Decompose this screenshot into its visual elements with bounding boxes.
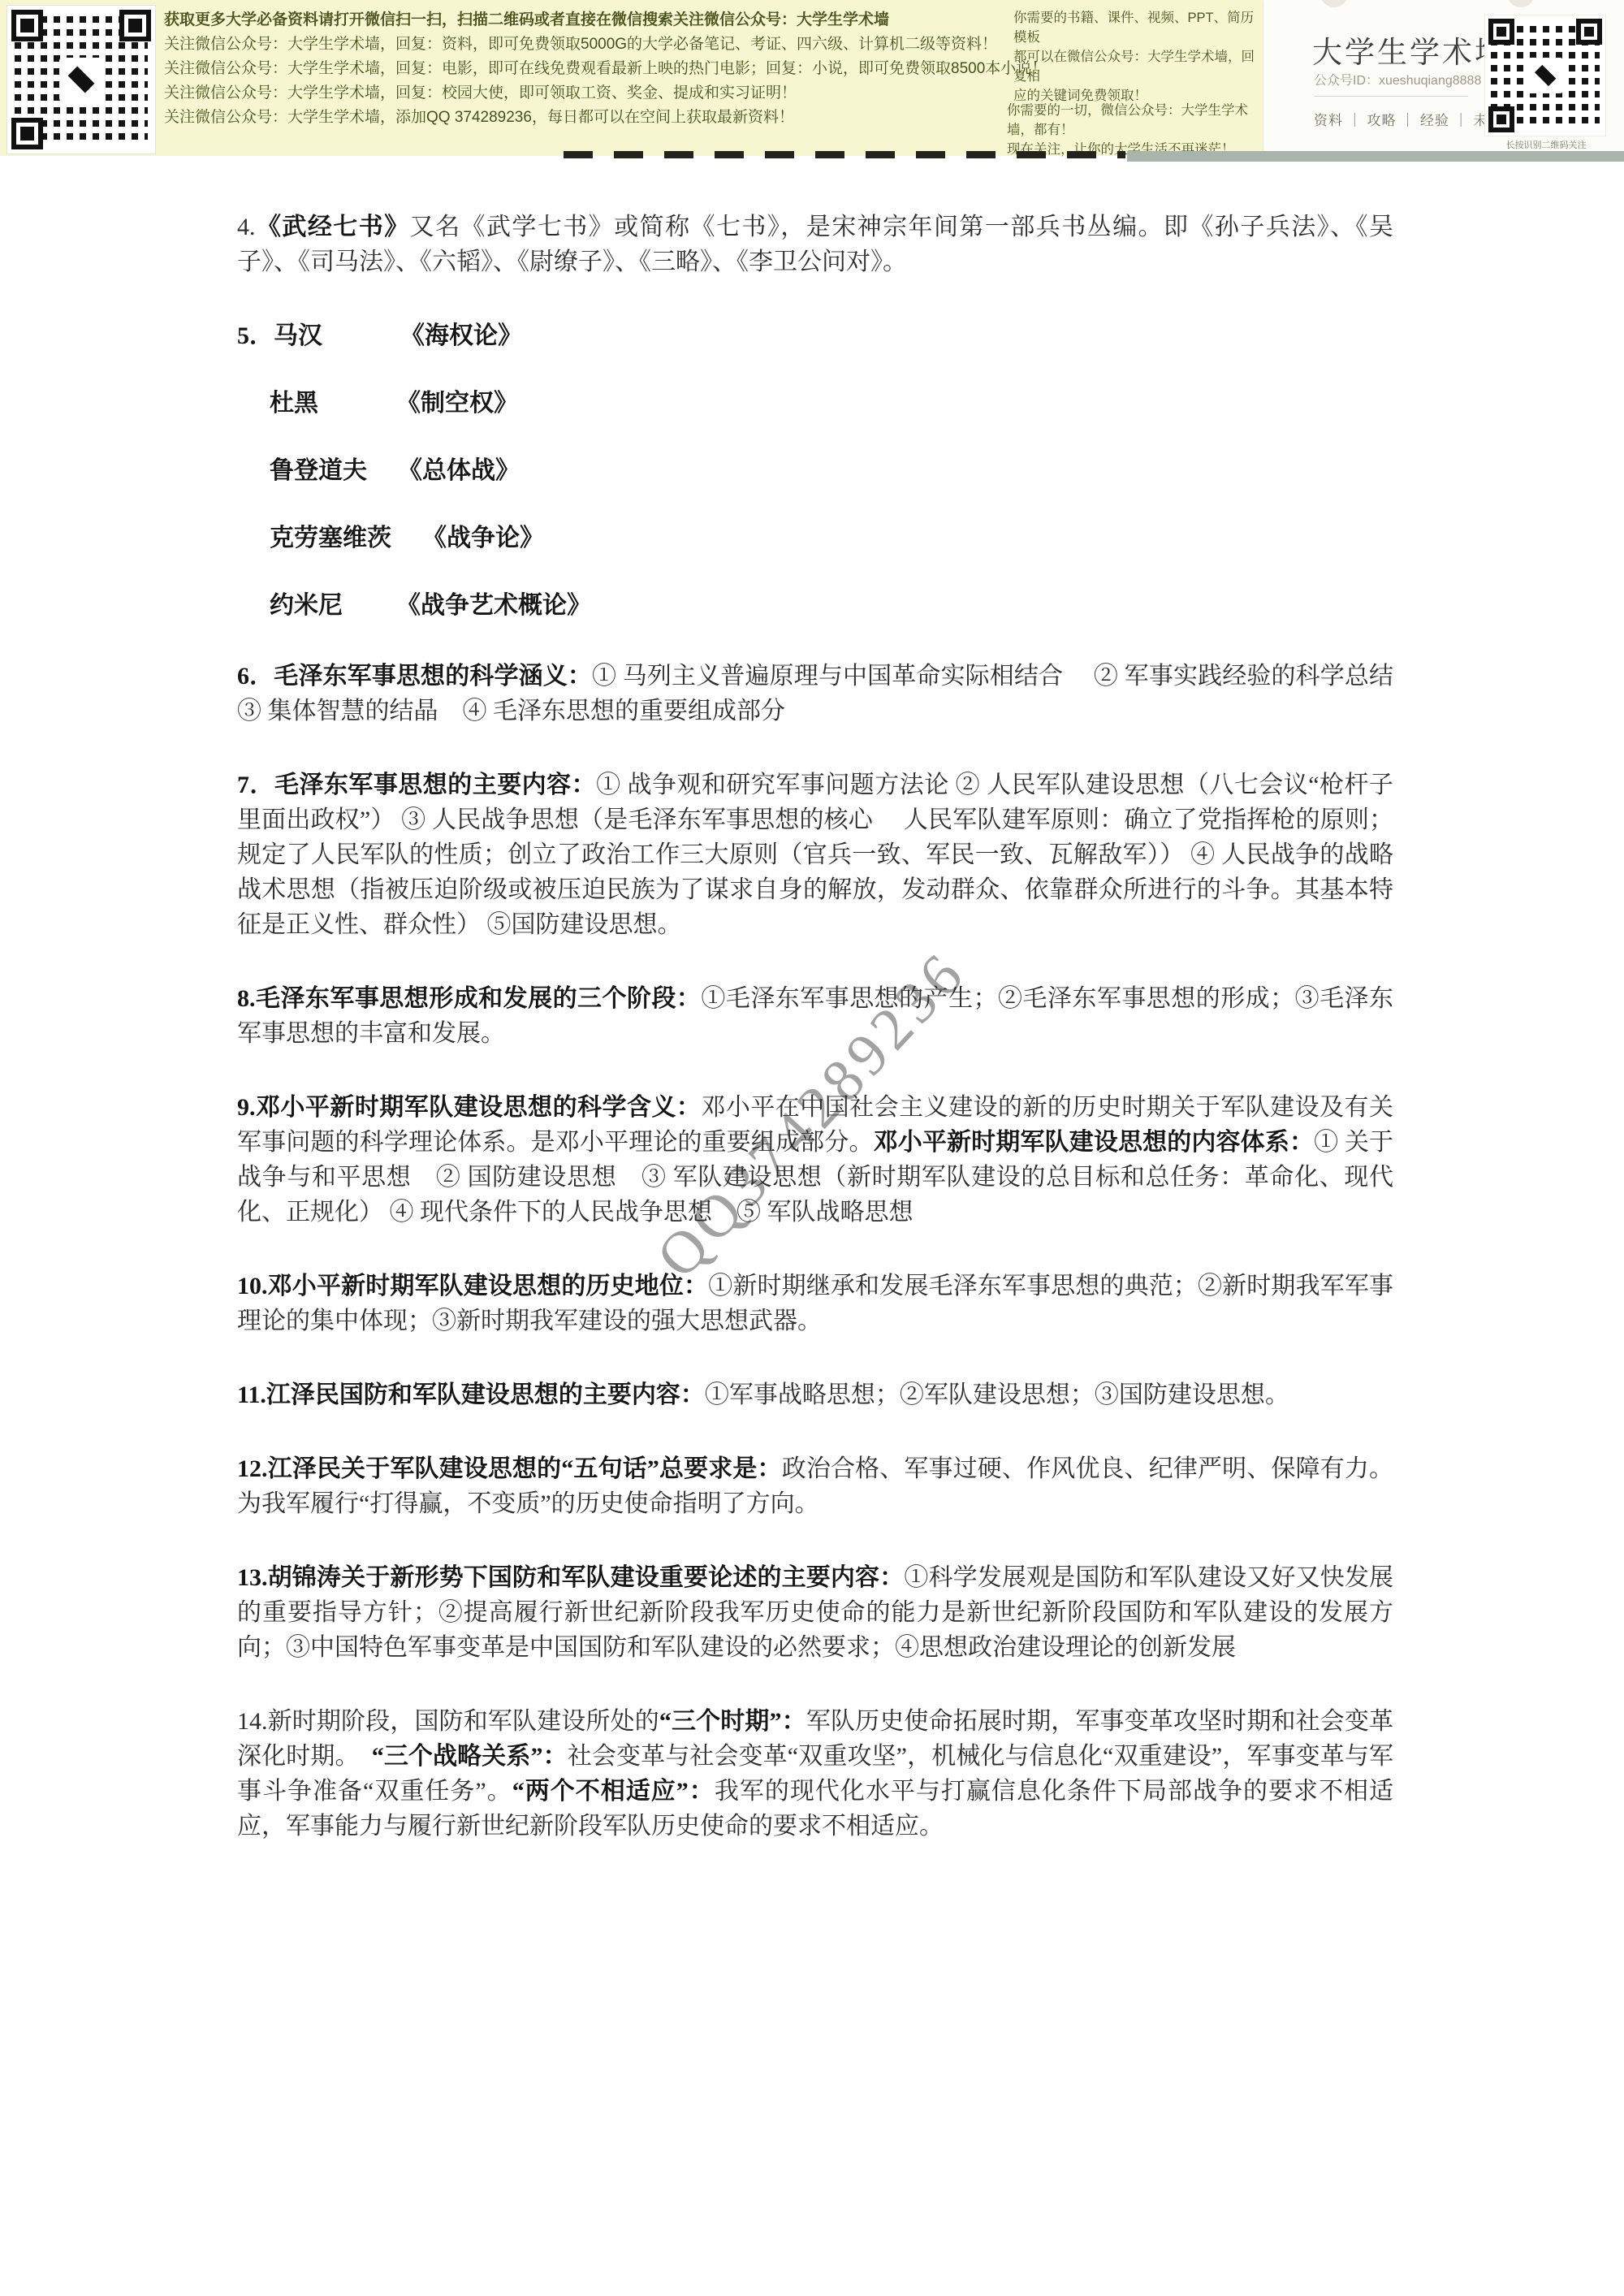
qr-caption: 长按识别二维码关注 xyxy=(1473,138,1619,151)
paragraph: 13.胡锦涛关于新形势下国防和军队建设重要论述的主要内容：①科学发展观是国防和军… xyxy=(237,1560,1393,1665)
book-list: 5．马汉《海权论》杜黑《制空权》鲁登道夫《总体战》克劳塞维茨《战争论》约米尼《战… xyxy=(237,318,1393,623)
banner-line: 关注微信公众号：大学生学术墙，回复：电影，即可在线免费观看最新上映的热门电影；回… xyxy=(164,57,1009,81)
qr-code-right xyxy=(1484,15,1606,136)
author-name: 克劳塞维茨 xyxy=(270,521,391,556)
author-name xyxy=(237,521,270,556)
qr-finder-icon xyxy=(119,10,150,41)
book-title: 《总体战》 xyxy=(398,453,520,488)
paragraph-heading: 12.江泽民关于军队建设思想的“五句话”总要求是： xyxy=(237,1455,782,1482)
book-row: 5．马汉《海权论》 xyxy=(237,318,1393,353)
card-notch xyxy=(1507,0,1535,7)
paragraph-text: 4. xyxy=(237,214,256,240)
book-row: 约米尼《战争艺术概论》 xyxy=(237,588,1393,623)
author-name: 约米尼 xyxy=(270,588,365,623)
paragraph-text: 又名《武学七书》或简称《七书》，是宋神宗年间第一部兵书丛编。即《孙子兵法》、《吴… xyxy=(237,214,1393,275)
page: 获取更多大学必备资料请打开微信扫一扫，扫描二维码或者直接在微信搜索关注微信公众号… xyxy=(0,0,1624,2296)
account-id: 公众号ID：xueshuqiang8888 xyxy=(1314,70,1481,89)
card-notch xyxy=(1320,0,1348,7)
author-name: 马汉 xyxy=(274,318,369,353)
banner-line: 都可以在微信公众号：大学生学术墙，回复相 xyxy=(1013,47,1262,86)
account-card: 大学生学术墙 公众号ID：xueshuqiang8888 资料 ｜ 攻略 ｜ 经… xyxy=(1263,0,1624,151)
banner-line: 关注微信公众号：大学生学术墙，回复：资料，即可免费领取5000G的大学必备笔记、… xyxy=(164,32,1009,57)
paragraph: 6．毛泽东军事思想的科学涵义：① 马列主义普遍原理与中国革命实际相结合 ② 军事… xyxy=(237,659,1393,729)
book-title: 《战争论》 xyxy=(422,521,544,556)
card-shadow-strip xyxy=(1127,151,1624,162)
qr-finder-icon xyxy=(1488,19,1514,44)
paragraph-heading: 13.胡锦涛关于新形势下国防和军队建设重要论述的主要内容： xyxy=(237,1564,904,1591)
paragraph-text: ①军事战略思想；②军队建设思想；③国防建设思想。 xyxy=(705,1381,1289,1408)
banner-right-block1: 你需要的书籍、课件、视频、PPT、简历模板都可以在微信公众号：大学生学术墙，回复… xyxy=(1013,8,1262,106)
paragraph: 8.毛泽东军事思想形成和发展的三个阶段：①毛泽东军事思想的产生；②毛泽东军事思想… xyxy=(237,981,1393,1051)
paragraph: 7．毛泽东军事思想的主要内容：① 战争观和研究军事问题方法论 ② 人民军队建设思… xyxy=(237,767,1393,942)
book-title: 《战争艺术概论》 xyxy=(396,588,591,623)
paragraph-heading: 6．毛泽东军事思想的科学涵义： xyxy=(237,663,592,690)
author-name xyxy=(237,588,270,623)
book-title: 《海权论》 xyxy=(400,318,522,353)
qr-finder-icon xyxy=(11,10,42,41)
promo-banner: 获取更多大学必备资料请打开微信扫一扫，扫描二维码或者直接在微信搜索关注微信公众号… xyxy=(0,0,1624,174)
qr-finder-icon xyxy=(1488,106,1514,132)
paragraph-heading: “三个战略关系”： xyxy=(372,1743,568,1770)
graduation-cap-icon xyxy=(59,58,104,102)
qr-code-left xyxy=(6,5,156,154)
book-row: 鲁登道夫《总体战》 xyxy=(237,453,1393,488)
paragraph-heading: 8.毛泽东军事思想形成和发展的三个阶段： xyxy=(237,985,701,1012)
paragraph-heading: 邓小平新时期军队建设思想的内容体系： xyxy=(874,1129,1315,1156)
qr-finder-icon xyxy=(1576,19,1601,44)
paragraph-heading: 11.江泽民国防和军队建设思想的主要内容： xyxy=(237,1381,705,1408)
paragraph: 11.江泽民国防和军队建设思想的主要内容：①军事战略思想；②军队建设思想；③国防… xyxy=(237,1377,1393,1412)
banner-line: 你需要的书籍、课件、视频、PPT、简历模板 xyxy=(1013,8,1262,47)
book-title: 《制空权》 xyxy=(396,386,518,421)
banner-line: 关注微信公众号：大学生学术墙，回复：校园大使，即可领取工资、奖金、提成和实习证明… xyxy=(164,81,1009,106)
banner-lines: 获取更多大学必备资料请打开微信扫一扫，扫描二维码或者直接在微信搜索关注微信公众号… xyxy=(164,8,1009,130)
banner-line: 关注微信公众号：大学生学术墙，添加QQ 374289236，每日都可以在空间上获… xyxy=(164,106,1009,130)
author-name xyxy=(237,386,270,421)
account-tagline: 资料 ｜ 攻略 ｜ 经验 ｜ 未来 xyxy=(1314,109,1502,129)
author-name: 5． xyxy=(237,318,274,353)
paragraph-text: 14.新时期阶段，国防和军队建设所处的 xyxy=(237,1708,659,1735)
account-title: 大学生学术墙 xyxy=(1312,28,1491,71)
card-divider xyxy=(1314,96,1468,97)
paragraph-heading: 10.邓小平新时期军队建设思想的历史地位： xyxy=(237,1273,708,1299)
banner-line: 获取更多大学必备资料请打开微信扫一扫，扫描二维码或者直接在微信搜索关注微信公众号… xyxy=(164,8,1009,32)
author-name: 鲁登道夫 xyxy=(270,453,367,488)
author-name: 杜黑 xyxy=(270,386,365,421)
paragraph-heading: 《武经七书》 xyxy=(256,214,410,240)
paragraph-heading: “两个不相适应”： xyxy=(512,1778,715,1805)
paragraph: 12.江泽民关于军队建设思想的“五句话”总要求是：政治合格、军事过硬、作风优良、… xyxy=(237,1451,1393,1521)
book-row: 克劳塞维茨《战争论》 xyxy=(237,521,1393,556)
cropped-text-strip xyxy=(564,151,1125,158)
qr-finder-icon xyxy=(11,118,42,149)
paragraph-heading: 7．毛泽东军事思想的主要内容： xyxy=(237,772,596,798)
banner-line: 你需要的一切，微信公众号：大学生学术墙，都有！ xyxy=(1007,101,1263,140)
document-body: 4.《武经七书》又名《武学七书》或简称《七书》，是宋神宗年间第一部兵书丛编。即《… xyxy=(237,210,1393,1883)
paragraph: 14.新时期阶段，国防和军队建设所处的“三个时期”：军队历史使命拓展时期，军事变… xyxy=(237,1704,1393,1844)
author-name xyxy=(237,453,270,488)
paragraph: 9.邓小平新时期军队建设思想的科学含义：邓小平在中国社会主义建设的新的历史时期关… xyxy=(237,1090,1393,1230)
paragraph-heading: 9.邓小平新时期军队建设思想的科学含义： xyxy=(237,1094,701,1121)
paragraph-heading: “三个时期”： xyxy=(659,1708,806,1735)
book-row: 杜黑《制空权》 xyxy=(237,386,1393,421)
graduation-cap-icon xyxy=(1527,58,1563,93)
paragraph: 10.邓小平新时期军队建设思想的历史地位：①新时期继承和发展毛泽东军事思想的典范… xyxy=(237,1269,1393,1338)
paragraph: 4.《武经七书》又名《武学七书》或简称《七书》，是宋神宗年间第一部兵书丛编。即《… xyxy=(237,210,1393,279)
